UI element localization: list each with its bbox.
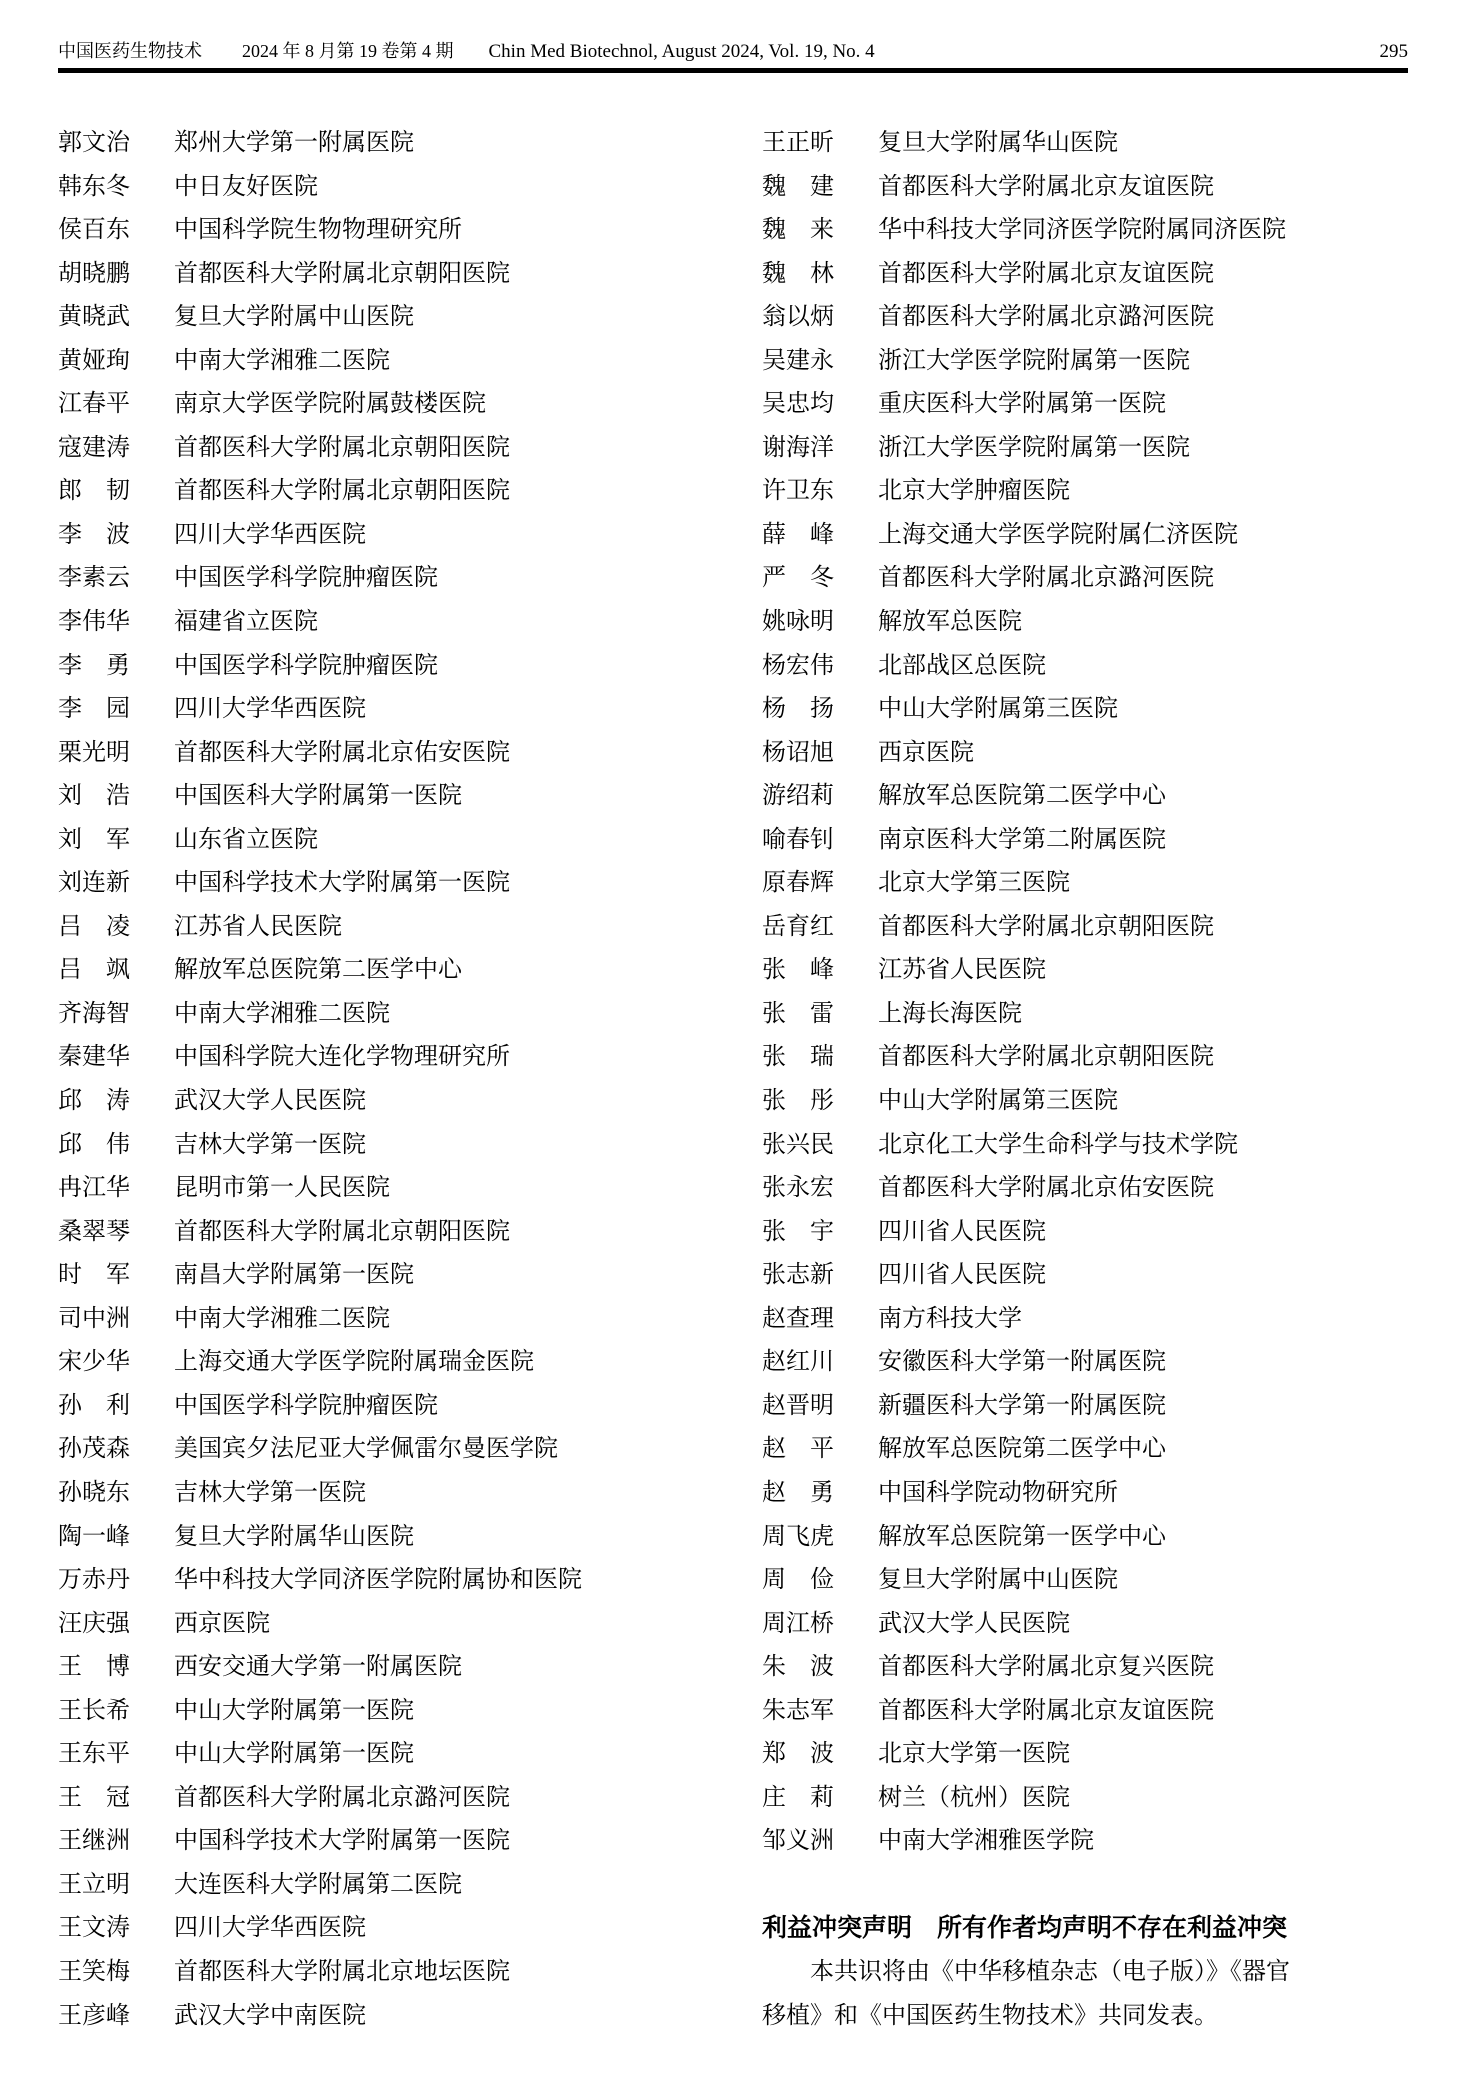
author-name: 黄晓武 [58, 296, 130, 340]
author-row: 赵 勇中国科学院动物研究所 [762, 1472, 1422, 1516]
author-row: 张 峰江苏省人民医院 [762, 949, 1422, 993]
author-affiliation: 解放军总医院第二医学中心 [878, 1436, 1166, 1462]
author-affiliation: 中南大学湘雅二医院 [174, 348, 390, 374]
author-affiliation: 新疆医科大学第一附属医院 [878, 1393, 1166, 1419]
author-affiliation: 武汉大学中南医院 [174, 2003, 366, 2029]
author-affiliation: 复旦大学附属中山医院 [174, 304, 414, 330]
author-name: 王文涛 [58, 1907, 130, 1951]
conflict-of-interest-heading: 利益冲突声明所有作者均声明不存在利益冲突 [762, 1907, 1422, 1951]
author-affiliation: 浙江大学医学院附属第一医院 [878, 348, 1190, 374]
author-affiliation: 山东省立医院 [174, 827, 318, 853]
author-name: 李 园 [58, 688, 130, 732]
author-name: 游绍莉 [762, 775, 834, 819]
author-name: 赵查理 [762, 1298, 834, 1342]
author-row: 刘连新中国科学技术大学附属第一医院 [58, 862, 718, 906]
author-name: 赵 勇 [762, 1472, 834, 1516]
author-name: 王继洲 [58, 1820, 130, 1864]
author-name: 李伟华 [58, 601, 130, 645]
author-row: 孙 利中国医学科学院肿瘤医院 [58, 1385, 718, 1429]
author-affiliation: 西京医院 [878, 740, 974, 766]
author-name: 郑 波 [762, 1733, 834, 1777]
author-name: 孙晓东 [58, 1472, 130, 1516]
author-name: 赵晋明 [762, 1385, 834, 1429]
author-row: 魏 建首都医科大学附属北京友谊医院 [762, 166, 1422, 210]
page-number: 295 [1380, 39, 1409, 65]
author-row: 张 瑞首都医科大学附属北京朝阳医院 [762, 1036, 1422, 1080]
author-affiliation: 中山大学附属第三医院 [878, 1088, 1118, 1114]
author-name: 王长希 [58, 1690, 130, 1734]
author-name: 许卫东 [762, 470, 834, 514]
issue-info: 2024 年 8 月第 19 卷第 4 期 [242, 38, 454, 64]
author-name: 严 冬 [762, 557, 834, 601]
author-row: 李 园四川大学华西医院 [58, 688, 718, 732]
author-row: 翁以炳首都医科大学附属北京潞河医院 [762, 296, 1422, 340]
author-affiliation: 首都医科大学附属北京友谊医院 [878, 174, 1214, 200]
author-name: 刘 军 [58, 819, 130, 863]
author-name: 周江桥 [762, 1603, 834, 1647]
author-name: 时 军 [58, 1254, 130, 1298]
author-row: 魏 来华中科技大学同济医学院附属同济医院 [762, 209, 1422, 253]
author-name: 吕 凌 [58, 906, 130, 950]
author-affiliation: 西京医院 [174, 1611, 270, 1637]
author-affiliation: 首都医科大学附属北京地坛医院 [174, 1959, 510, 1985]
conflict-heading-text: 所有作者均声明不存在利益冲突 [937, 1914, 1287, 1942]
author-name: 张 宇 [762, 1211, 834, 1255]
author-row: 吕 飒解放军总医院第二医学中心 [58, 949, 718, 993]
author-affiliation: 吉林大学第一医院 [174, 1132, 366, 1158]
author-row: 杨 扬中山大学附属第三医院 [762, 688, 1422, 732]
author-row: 朱志军首都医科大学附属北京友谊医院 [762, 1690, 1422, 1734]
author-row: 吴建永浙江大学医学院附属第一医院 [762, 340, 1422, 384]
author-row: 赵红川安徽医科大学第一附属医院 [762, 1341, 1422, 1385]
author-affiliation: 解放军总医院第一医学中心 [878, 1524, 1166, 1550]
author-name: 孙茂森 [58, 1428, 130, 1472]
page-header: 中国医药生物技术 2024 年 8 月第 19 卷第 4 期 Chin Med … [58, 38, 1408, 64]
author-affiliation: 中日友好医院 [174, 174, 318, 200]
author-affiliation: 首都医科大学附属北京佑安医院 [878, 1175, 1214, 1201]
author-name: 黄娅珣 [58, 340, 130, 384]
author-row: 庄 莉树兰（杭州）医院 [762, 1777, 1422, 1821]
author-affiliation: 首都医科大学附属北京友谊医院 [878, 261, 1214, 287]
author-row: 李素云中国医学科学院肿瘤医院 [58, 557, 718, 601]
author-affiliation: 北京化工大学生命科学与技术学院 [878, 1132, 1238, 1158]
author-affiliation: 中国医科大学附属第一医院 [174, 783, 462, 809]
author-row: 王 冠首都医科大学附属北京潞河医院 [58, 1777, 718, 1821]
author-name: 张永宏 [762, 1167, 834, 1211]
author-name: 侯百东 [58, 209, 130, 253]
author-name: 魏 建 [762, 166, 834, 210]
author-row: 魏 林首都医科大学附属北京友谊医院 [762, 253, 1422, 297]
author-affiliation: 中国科学技术大学附属第一医院 [174, 870, 510, 896]
author-name: 张 雷 [762, 993, 834, 1037]
author-row: 万赤丹华中科技大学同济医学院附属协和医院 [58, 1559, 718, 1603]
author-name: 万赤丹 [58, 1559, 130, 1603]
author-name: 郎 韧 [58, 470, 130, 514]
author-affiliation: 首都医科大学附属北京朝阳医院 [174, 261, 510, 287]
author-affiliation: 北京大学第一医院 [878, 1741, 1070, 1767]
author-name: 吕 飒 [58, 949, 130, 993]
author-affiliation: 中国医学科学院肿瘤医院 [174, 653, 438, 679]
author-row: 王继洲中国科学技术大学附属第一医院 [58, 1820, 718, 1864]
author-affiliation: 昆明市第一人民医院 [174, 1175, 390, 1201]
conflict-paragraph-line-2: 移植》和《中国医药生物技术》共同发表。 [762, 1995, 1422, 2039]
author-name: 刘连新 [58, 862, 130, 906]
author-row: 周飞虎解放军总医院第一医学中心 [762, 1516, 1422, 1560]
journal-page: 中国医药生物技术 2024 年 8 月第 19 卷第 4 期 Chin Med … [0, 0, 1457, 2087]
author-affiliation: 上海交通大学医学院附属仁济医院 [878, 522, 1238, 548]
author-name: 寇建涛 [58, 427, 130, 471]
author-row: 郎 韧首都医科大学附属北京朝阳医院 [58, 470, 718, 514]
author-name: 张 彤 [762, 1080, 834, 1124]
author-name: 魏 林 [762, 253, 834, 297]
author-row: 王长希中山大学附属第一医院 [58, 1690, 718, 1734]
author-row: 司中洲中南大学湘雅二医院 [58, 1298, 718, 1342]
author-name: 王 冠 [58, 1777, 130, 1821]
author-affiliation: 武汉大学人民医院 [878, 1611, 1070, 1637]
author-row: 江春平南京大学医学院附属鼓楼医院 [58, 383, 718, 427]
author-name: 原春辉 [762, 862, 834, 906]
author-row: 吴忠均重庆医科大学附属第一医院 [762, 383, 1422, 427]
author-name: 赵 平 [762, 1428, 834, 1472]
author-row: 寇建涛首都医科大学附属北京朝阳医院 [58, 427, 718, 471]
author-name: 王笑梅 [58, 1951, 130, 1995]
author-row: 齐海智中南大学湘雅二医院 [58, 993, 718, 1037]
author-row: 黄晓武复旦大学附属中山医院 [58, 296, 718, 340]
author-affiliation: 四川大学华西医院 [174, 696, 366, 722]
author-affiliation: 中国科学院大连化学物理研究所 [174, 1044, 510, 1070]
author-row: 喻春钊南京医科大学第二附属医院 [762, 819, 1422, 863]
author-name: 桑翠琴 [58, 1211, 130, 1255]
author-row: 张 宇四川省人民医院 [762, 1211, 1422, 1255]
author-row: 黄娅珣中南大学湘雅二医院 [58, 340, 718, 384]
author-row: 王 博西安交通大学第一附属医院 [58, 1646, 718, 1690]
author-row: 王立明大连医科大学附属第二医院 [58, 1864, 718, 1908]
author-affiliation: 复旦大学附属中山医院 [878, 1567, 1118, 1593]
author-row: 王正昕复旦大学附属华山医院 [762, 122, 1422, 166]
author-row: 王笑梅首都医科大学附属北京地坛医院 [58, 1951, 718, 1995]
author-row: 杨诏旭西京医院 [762, 732, 1422, 776]
author-affiliation: 中山大学附属第三医院 [878, 696, 1118, 722]
author-affiliation: 四川省人民医院 [878, 1219, 1046, 1245]
author-row: 姚咏明解放军总医院 [762, 601, 1422, 645]
author-name: 杨 扬 [762, 688, 834, 732]
author-affiliation: 复旦大学附属华山医院 [174, 1524, 414, 1550]
author-name: 张 峰 [762, 949, 834, 993]
author-name: 栗光明 [58, 732, 130, 776]
journal-title-en: Chin Med Biotechnol, August 2024, Vol. 1… [489, 39, 875, 65]
author-row: 张 雷上海长海医院 [762, 993, 1422, 1037]
conflict-paragraph-line-1: 本共识将由《中华移植杂志（电子版）》《器官 [762, 1951, 1422, 1995]
author-name: 王东平 [58, 1733, 130, 1777]
author-row: 胡晓鹏首都医科大学附属北京朝阳医院 [58, 253, 718, 297]
author-row: 邹义洲中南大学湘雅医学院 [762, 1820, 1422, 1864]
author-row: 岳育红首都医科大学附属北京朝阳医院 [762, 906, 1422, 950]
author-name: 孙 利 [58, 1385, 130, 1429]
author-name: 胡晓鹏 [58, 253, 130, 297]
journal-title-cn: 中国医药生物技术 [58, 38, 202, 64]
author-affiliation: 华中科技大学同济医学院附属同济医院 [878, 217, 1286, 243]
author-affiliation: 南昌大学附属第一医院 [174, 1262, 414, 1288]
author-name: 邱 伟 [58, 1124, 130, 1168]
author-row: 宋少华上海交通大学医学院附属瑞金医院 [58, 1341, 718, 1385]
author-affiliation: 重庆医科大学附属第一医院 [878, 391, 1166, 417]
author-name: 汪庆强 [58, 1603, 130, 1647]
spacer [762, 1864, 1422, 1908]
author-affiliation: 福建省立医院 [174, 609, 318, 635]
author-name: 李 波 [58, 514, 130, 558]
author-name: 秦建华 [58, 1036, 130, 1080]
author-row: 李 波四川大学华西医院 [58, 514, 718, 558]
author-affiliation: 南京大学医学院附属鼓楼医院 [174, 391, 486, 417]
author-name: 喻春钊 [762, 819, 834, 863]
author-row: 张 彤中山大学附属第三医院 [762, 1080, 1422, 1124]
author-affiliation: 北京大学第三医院 [878, 870, 1070, 896]
author-name: 薛 峰 [762, 514, 834, 558]
author-affiliation: 首都医科大学附属北京朝阳医院 [174, 435, 510, 461]
author-affiliation: 江苏省人民医院 [878, 957, 1046, 983]
author-row: 孙晓东吉林大学第一医院 [58, 1472, 718, 1516]
author-row: 薛 峰上海交通大学医学院附属仁济医院 [762, 514, 1422, 558]
author-row: 邱 伟吉林大学第一医院 [58, 1124, 718, 1168]
header-divider-rule [58, 68, 1408, 73]
author-name: 邹义洲 [762, 1820, 834, 1864]
author-affiliation: 北京大学肿瘤医院 [878, 478, 1070, 504]
author-affiliation: 郑州大学第一附属医院 [174, 130, 414, 156]
author-row: 周江桥武汉大学人民医院 [762, 1603, 1422, 1647]
author-row: 严 冬首都医科大学附属北京潞河医院 [762, 557, 1422, 601]
author-affiliation: 解放军总医院 [878, 609, 1022, 635]
author-row: 孙茂森美国宾夕法尼亚大学佩雷尔曼医学院 [58, 1428, 718, 1472]
author-affiliation: 华中科技大学同济医学院附属协和医院 [174, 1567, 582, 1593]
author-row: 李 勇中国医学科学院肿瘤医院 [58, 645, 718, 689]
author-name: 韩东冬 [58, 166, 130, 210]
author-affiliation: 四川省人民医院 [878, 1262, 1046, 1288]
author-affiliation: 中山大学附属第一医院 [174, 1698, 414, 1724]
author-name: 李素云 [58, 557, 130, 601]
author-affiliation: 上海交通大学医学院附属瑞金医院 [174, 1349, 534, 1375]
author-row: 王文涛四川大学华西医院 [58, 1907, 718, 1951]
conflict-heading-label: 利益冲突声明 [762, 1914, 912, 1942]
author-name: 郭文治 [58, 122, 130, 166]
author-name: 王 博 [58, 1646, 130, 1690]
author-name: 朱志军 [762, 1690, 834, 1734]
author-list-left-column: 郭文治郑州大学第一附属医院 韩东冬中日友好医院 侯百东中国科学院生物物理研究所 … [58, 122, 718, 2038]
author-name: 吴建永 [762, 340, 834, 384]
author-affiliation: 四川大学华西医院 [174, 1915, 366, 1941]
author-affiliation: 美国宾夕法尼亚大学佩雷尔曼医学院 [174, 1436, 558, 1462]
author-name: 翁以炳 [762, 296, 834, 340]
author-name: 王彦峰 [58, 1995, 130, 2039]
author-name: 张兴民 [762, 1124, 834, 1168]
author-name: 朱 波 [762, 1646, 834, 1690]
author-name: 赵红川 [762, 1341, 834, 1385]
author-name: 杨宏伟 [762, 645, 834, 689]
author-row: 陶一峰复旦大学附属华山医院 [58, 1516, 718, 1560]
author-affiliation: 南方科技大学 [878, 1306, 1022, 1332]
author-affiliation: 北部战区总医院 [878, 653, 1046, 679]
author-row: 冉江华昆明市第一人民医院 [58, 1167, 718, 1211]
author-affiliation: 中国医学科学院肿瘤医院 [174, 565, 438, 591]
author-name: 姚咏明 [762, 601, 834, 645]
author-name: 宋少华 [58, 1341, 130, 1385]
author-affiliation: 解放军总医院第二医学中心 [174, 957, 462, 983]
author-affiliation: 浙江大学医学院附属第一医院 [878, 435, 1190, 461]
author-row: 杨宏伟北部战区总医院 [762, 645, 1422, 689]
author-row: 谢海洋浙江大学医学院附属第一医院 [762, 427, 1422, 471]
author-row: 张兴民北京化工大学生命科学与技术学院 [762, 1124, 1422, 1168]
author-affiliation: 中国科学技术大学附属第一医院 [174, 1828, 510, 1854]
author-affiliation: 中国医学科学院肿瘤医院 [174, 1393, 438, 1419]
author-affiliation: 复旦大学附属华山医院 [878, 130, 1118, 156]
author-affiliation: 首都医科大学附属北京朝阳医院 [878, 914, 1214, 940]
author-affiliation: 江苏省人民医院 [174, 914, 342, 940]
author-affiliation: 首都医科大学附属北京潞河医院 [174, 1785, 510, 1811]
author-name: 谢海洋 [762, 427, 834, 471]
author-name: 周 俭 [762, 1559, 834, 1603]
author-name: 张 瑞 [762, 1036, 834, 1080]
author-name: 邱 涛 [58, 1080, 130, 1124]
author-row: 桑翠琴首都医科大学附属北京朝阳医院 [58, 1211, 718, 1255]
author-name: 刘 浩 [58, 775, 130, 819]
author-row: 郭文治郑州大学第一附属医院 [58, 122, 718, 166]
author-affiliation: 首都医科大学附属北京朝阳医院 [878, 1044, 1214, 1070]
author-name: 庄 莉 [762, 1777, 834, 1821]
author-row: 刘 军山东省立医院 [58, 819, 718, 863]
author-row: 许卫东北京大学肿瘤医院 [762, 470, 1422, 514]
author-name: 李 勇 [58, 645, 130, 689]
author-name: 冉江华 [58, 1167, 130, 1211]
author-row: 汪庆强西京医院 [58, 1603, 718, 1647]
author-name: 王正昕 [762, 122, 834, 166]
author-name: 周飞虎 [762, 1516, 834, 1560]
author-name: 张志新 [762, 1254, 834, 1298]
author-affiliation: 武汉大学人民医院 [174, 1088, 366, 1114]
author-affiliation: 首都医科大学附属北京潞河医院 [878, 565, 1214, 591]
author-row: 侯百东中国科学院生物物理研究所 [58, 209, 718, 253]
author-row: 周 俭复旦大学附属中山医院 [762, 1559, 1422, 1603]
author-affiliation: 中南大学湘雅二医院 [174, 1306, 390, 1332]
author-affiliation: 中国科学院动物研究所 [878, 1480, 1118, 1506]
author-row: 赵 平解放军总医院第二医学中心 [762, 1428, 1422, 1472]
author-affiliation: 解放军总医院第二医学中心 [878, 783, 1166, 809]
author-affiliation: 中国科学院生物物理研究所 [174, 217, 462, 243]
author-affiliation: 首都医科大学附属北京复兴医院 [878, 1654, 1214, 1680]
author-affiliation: 首都医科大学附属北京朝阳医院 [174, 1219, 510, 1245]
author-row: 韩东冬中日友好医院 [58, 166, 718, 210]
author-affiliation: 南京医科大学第二附属医院 [878, 827, 1166, 853]
author-list-right-column: 王正昕复旦大学附属华山医院 魏 建首都医科大学附属北京友谊医院 魏 来华中科技大… [762, 122, 1422, 2038]
author-name: 齐海智 [58, 993, 130, 1037]
author-row: 吕 凌江苏省人民医院 [58, 906, 718, 950]
author-affiliation: 首都医科大学附属北京朝阳医院 [174, 478, 510, 504]
author-row: 王东平中山大学附属第一医院 [58, 1733, 718, 1777]
author-row: 王彦峰武汉大学中南医院 [58, 1995, 718, 2039]
author-row: 郑 波北京大学第一医院 [762, 1733, 1422, 1777]
author-affiliation: 中南大学湘雅二医院 [174, 1001, 390, 1027]
author-affiliation: 上海长海医院 [878, 1001, 1022, 1027]
author-row: 栗光明首都医科大学附属北京佑安医院 [58, 732, 718, 776]
author-row: 刘 浩中国医科大学附属第一医院 [58, 775, 718, 819]
author-row: 时 军南昌大学附属第一医院 [58, 1254, 718, 1298]
author-affiliation: 首都医科大学附属北京潞河医院 [878, 304, 1214, 330]
author-name: 杨诏旭 [762, 732, 834, 776]
author-affiliation: 吉林大学第一医院 [174, 1480, 366, 1506]
author-row: 李伟华福建省立医院 [58, 601, 718, 645]
author-affiliation: 大连医科大学附属第二医院 [174, 1872, 462, 1898]
author-row: 朱 波首都医科大学附属北京复兴医院 [762, 1646, 1422, 1690]
author-affiliation: 四川大学华西医院 [174, 522, 366, 548]
author-row: 张永宏首都医科大学附属北京佑安医院 [762, 1167, 1422, 1211]
author-row: 赵查理南方科技大学 [762, 1298, 1422, 1342]
author-name: 江春平 [58, 383, 130, 427]
author-name: 陶一峰 [58, 1516, 130, 1560]
author-row: 邱 涛武汉大学人民医院 [58, 1080, 718, 1124]
author-row: 赵晋明新疆医科大学第一附属医院 [762, 1385, 1422, 1429]
author-row: 秦建华中国科学院大连化学物理研究所 [58, 1036, 718, 1080]
author-affiliation: 安徽医科大学第一附属医院 [878, 1349, 1166, 1375]
author-name: 岳育红 [762, 906, 834, 950]
author-affiliation: 树兰（杭州）医院 [878, 1785, 1070, 1811]
author-affiliation: 首都医科大学附属北京佑安医院 [174, 740, 510, 766]
author-name: 王立明 [58, 1864, 130, 1908]
author-name: 司中洲 [58, 1298, 130, 1342]
author-affiliation: 西安交通大学第一附属医院 [174, 1654, 462, 1680]
author-name: 魏 来 [762, 209, 834, 253]
author-row: 张志新四川省人民医院 [762, 1254, 1422, 1298]
author-row: 游绍莉解放军总医院第二医学中心 [762, 775, 1422, 819]
author-row: 原春辉北京大学第三医院 [762, 862, 1422, 906]
author-affiliation: 中山大学附属第一医院 [174, 1741, 414, 1767]
author-affiliation: 首都医科大学附属北京友谊医院 [878, 1698, 1214, 1724]
author-affiliation: 中南大学湘雅医学院 [878, 1828, 1094, 1854]
author-name: 吴忠均 [762, 383, 834, 427]
